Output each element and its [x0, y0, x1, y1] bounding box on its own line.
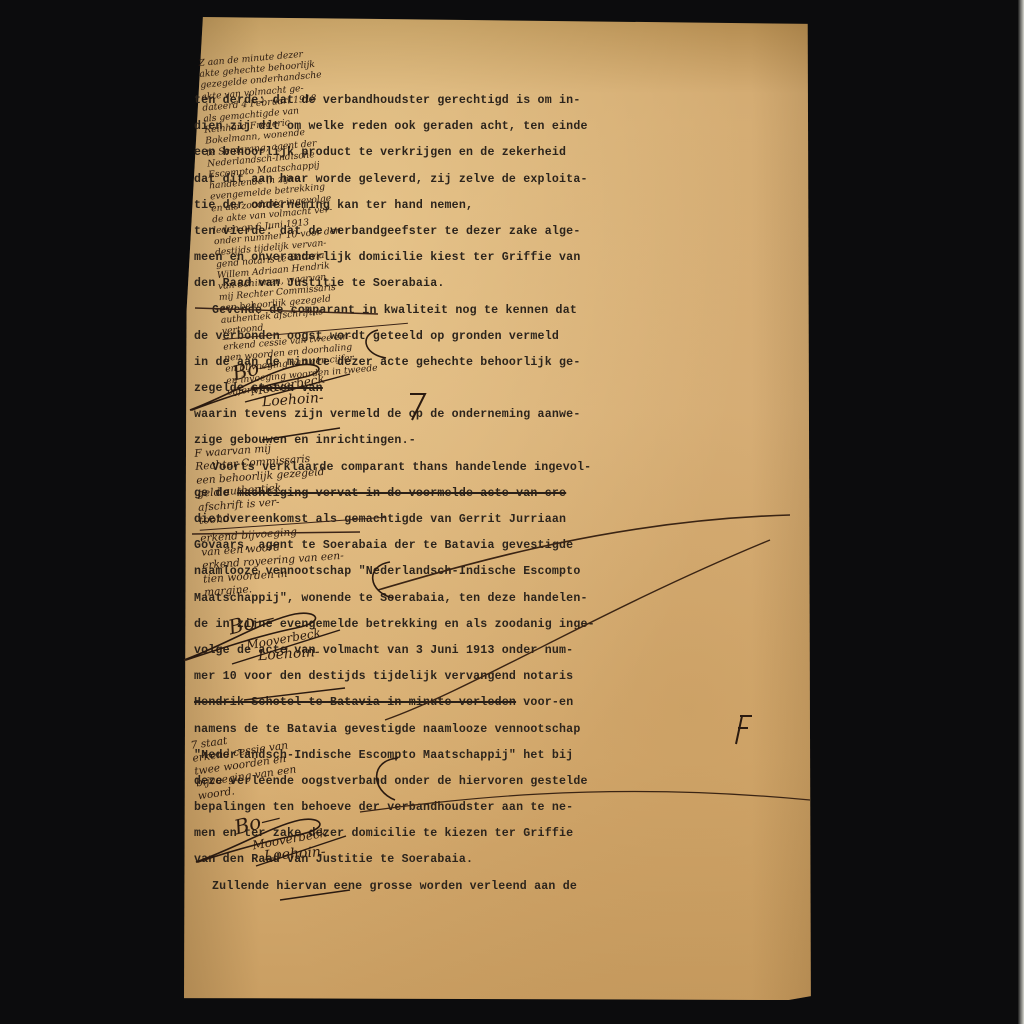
cancel-stroke	[378, 515, 790, 590]
signature-underline	[262, 428, 340, 440]
insertion-mark-z	[377, 758, 398, 800]
signature-flourish	[196, 819, 320, 862]
insertion-mark-z	[366, 330, 386, 358]
insertion-mark-z	[373, 562, 393, 598]
margin-rule	[192, 532, 360, 534]
cancel-stroke	[360, 792, 810, 812]
insertion-mark-7	[410, 394, 425, 420]
pen-stroke-overlay	[0, 0, 1024, 1024]
margin-rule	[195, 308, 378, 314]
signature-underline	[280, 890, 350, 900]
signature-underline	[232, 630, 340, 664]
signature-underline	[244, 688, 345, 700]
signature-flourish	[184, 613, 316, 660]
insertion-mark-f	[736, 716, 752, 744]
cancel-stroke	[385, 540, 770, 720]
